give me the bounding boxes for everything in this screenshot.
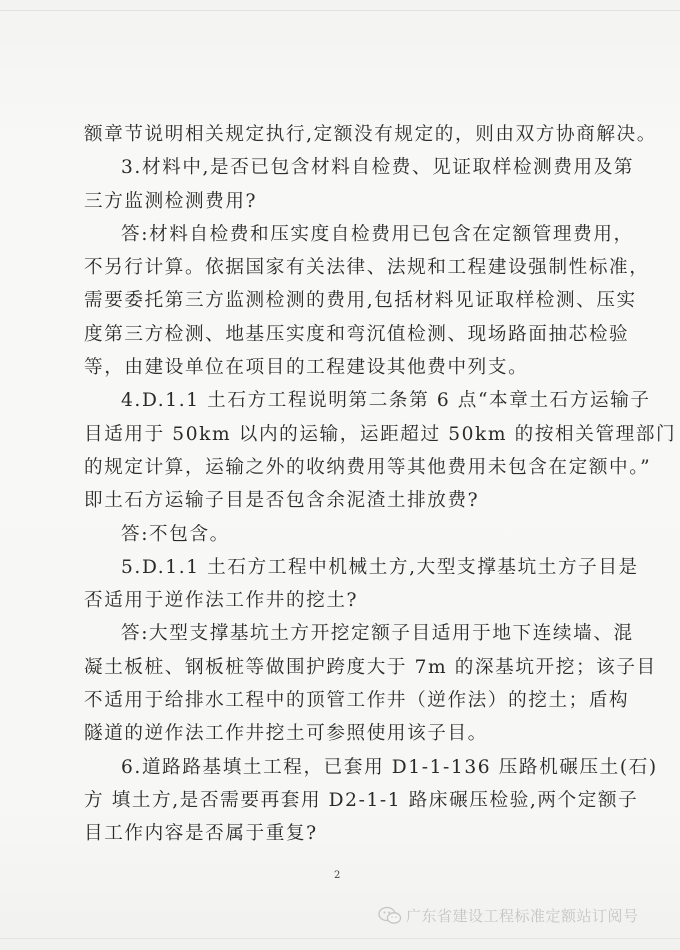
- text-line: 隧道的逆作法工作井挖土可参照使用该子目。: [84, 717, 578, 750]
- top-edge-divider: [0, 10, 680, 11]
- question-5-line: 5.D.1.1 土石方工程中机械土方,大型支撑基坑土方子目是: [84, 551, 578, 584]
- text-line: 否适用于逆作法工作井的挖土?: [84, 584, 578, 617]
- text-line: 度第三方检测、地基压实度和弯沉值检测、现场路面抽芯检验: [84, 318, 578, 351]
- text-line: 额章节说明相关规定执行,定额没有规定的，则由双方协商解决。: [84, 118, 578, 151]
- answer-3-line: 答:材料自检费和压实度自检费用已包含在定额管理费用，: [84, 218, 578, 251]
- text-line: 目工作内容是否属于重复?: [84, 817, 578, 850]
- page-number: 2: [334, 870, 340, 881]
- document-page: 额章节说明相关规定执行,定额没有规定的，则由双方协商解决。 3.材料中,是否已包…: [0, 0, 680, 950]
- bottom-edge-divider: [0, 938, 680, 939]
- text-line: 不适用于给排水工程中的顶管工作井（逆作法）的挖土；盾构: [84, 684, 578, 717]
- wechat-icon: [378, 906, 402, 926]
- document-body: 额章节说明相关规定执行,定额没有规定的，则由双方协商解决。 3.材料中,是否已包…: [84, 118, 578, 851]
- question-6-line: 6.道路路基填土工程，已套用 D1-1-136 压路机碾压土(石): [84, 751, 578, 784]
- watermark-text: 广东省建设工程标准定额站订阅号: [406, 905, 639, 926]
- text-line: 即土石方运输子目是否包含余泥渣土排放费?: [84, 484, 578, 517]
- text-line: 等，由建设单位在项目的工程建设其他费中列支。: [84, 351, 578, 384]
- watermark: 广东省建设工程标准定额站订阅号: [378, 905, 639, 926]
- answer-5-line: 答:大型支撑基坑土方开挖定额子目适用于地下连续墙、混: [84, 617, 578, 650]
- question-4-line: 4.D.1.1 土石方工程说明第二条第 6 点“本章土石方运输子: [84, 384, 578, 417]
- text-line: 目适用于 50km 以内的运输，运距超过 50km 的按相关管理部门: [84, 418, 578, 451]
- text-line: 不另行计算。依据国家有关法律、法规和工程建设强制性标准，: [84, 251, 578, 284]
- question-3-line: 3.材料中,是否已包含材料自检费、见证取样检测费用及第: [84, 151, 578, 184]
- answer-4-line: 答:不包含。: [84, 518, 578, 551]
- text-line: 方 填土方,是否需要再套用 D2-1-1 路床碾压检验,两个定额子: [84, 784, 578, 817]
- text-line: 三方监测检测费用?: [84, 185, 578, 218]
- text-line: 凝土板桩、钢板桩等做围护跨度大于 7m 的深基坑开挖；该子目: [84, 651, 578, 684]
- text-line: 的规定计算，运输之外的收纳费用等其他费用未包含在定额中。”: [84, 451, 578, 484]
- text-line: 需要委托第三方监测检测的费用,包括材料见证取样检测、压实: [84, 284, 578, 317]
